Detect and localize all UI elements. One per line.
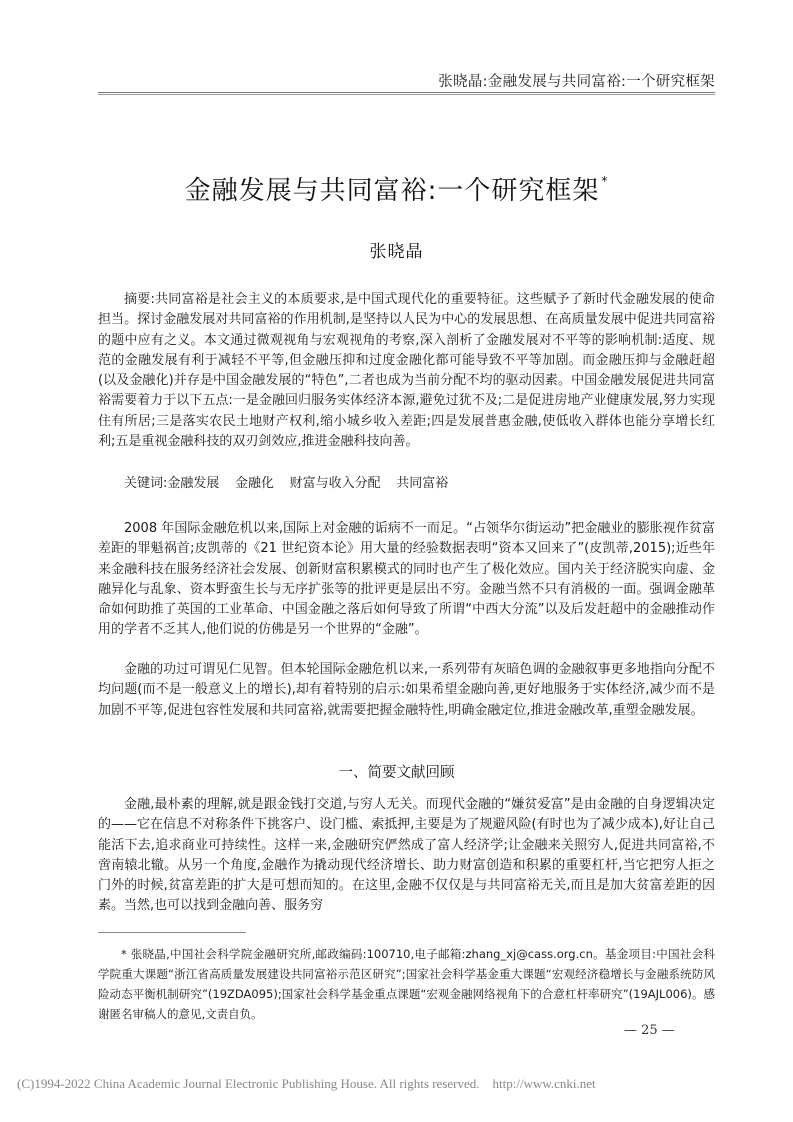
section-heading: 一、简要文献回顾 bbox=[0, 761, 793, 782]
keywords-label: 关键词: bbox=[124, 476, 167, 491]
page-number: — 25 — bbox=[624, 1023, 675, 1038]
keyword: 共同富裕 bbox=[396, 476, 448, 491]
footnote: * 张晓晶,中国社会科学院金融研究所,邮政编码:100710,电子邮箱:zhan… bbox=[98, 944, 715, 1024]
running-head: 张晓晶:金融发展与共同富裕:一个研究框架 bbox=[98, 70, 715, 91]
header-rule bbox=[98, 92, 715, 95]
title-footnote-mark[interactable]: * bbox=[601, 174, 608, 188]
body-paragraph: 2008 年国际金融危机以来,国际上对金融的诟病不一而足。“占领华尔街运动”把金… bbox=[98, 519, 715, 641]
keyword: 财富与收入分配 bbox=[290, 476, 381, 491]
article-title-text: 金融发展与共同富裕:一个研究框架 bbox=[185, 176, 600, 206]
author-name: 张晓晶 bbox=[0, 237, 793, 262]
body-paragraph: 金融的功过可谓见仁见智。但本轮国际金融危机以来,一系列带有灰暗色调的金融叙事更多… bbox=[98, 660, 715, 721]
copyright-notice: (C)1994-2022 China Academic Journal Elec… bbox=[17, 1076, 596, 1092]
abstract: 摘要:共同富裕是社会主义的本质要求,是中国式现代化的重要特征。这些赋予了新时代金… bbox=[98, 290, 715, 452]
keyword: 金融化 bbox=[235, 476, 274, 491]
keyword: 金融发展 bbox=[167, 476, 219, 491]
article-title: 金融发展与共同富裕:一个研究框架* bbox=[0, 170, 793, 207]
keywords: 关键词:金融发展金融化财富与收入分配共同富裕 bbox=[98, 472, 715, 491]
body-paragraph: 金融,最朴素的理解,就是跟金钱打交道,与穷人无关。而现代金融的“嫌贫爱富”是由金… bbox=[98, 795, 715, 917]
footnote-rule bbox=[98, 932, 246, 933]
